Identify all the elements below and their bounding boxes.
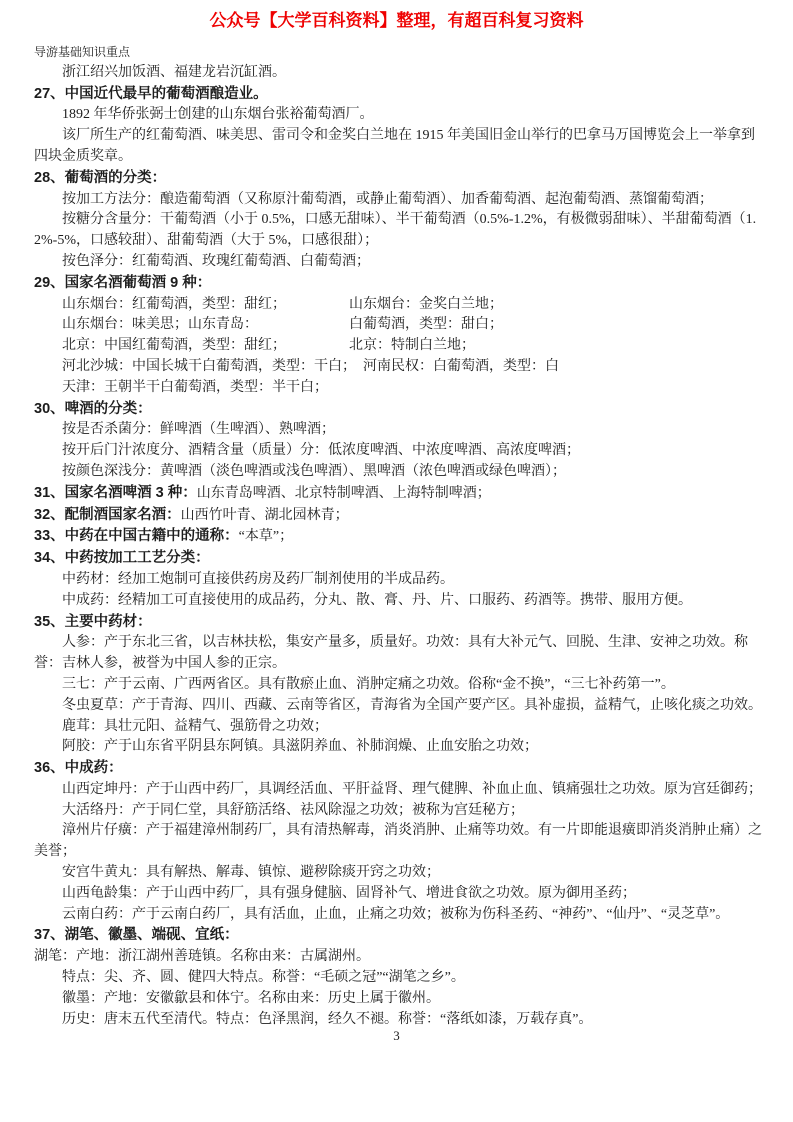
text-line: 阿胶：产于山东省平阴县东阿镇。具滋阴养血、补肺润燥、止血安胎之功效； — [34, 737, 763, 758]
body-text: 鹿茸：具壮元阳、益精气、强筋骨之功效； — [62, 719, 328, 734]
body-text: 中成药：经精加工可直接使用的成品药，分丸、散、膏、丹、片、口服药、药酒等。携带、… — [62, 593, 692, 608]
body-text: 山西竹叶青、湖北园林青； — [181, 508, 349, 523]
text-line: 按加工方法分：酿造葡萄酒（又称原汁葡萄酒，或静止葡萄酒）、加香葡萄酒、起泡葡萄酒… — [34, 190, 763, 211]
body-text: 特点：尖、齐、圆、健四大特点。称誉：“毛硕之冠”“湖笔之乡”。 — [62, 970, 465, 985]
heading-line: 31、国家名酒啤酒 3 种：山东青岛啤酒、北京特制啤酒、上海特制啤酒； — [34, 483, 763, 505]
text-line: 该厂所生产的红葡萄酒、味美思、雷司令和金奖白兰地在 1915 年美国旧金山举行的… — [34, 126, 763, 168]
body-text: 冬虫夏草：产于青海、四川、西藏、云南等省区，青海省为全国产要产区。具补虚损，益精… — [62, 698, 762, 713]
body-text: 该厂所生产的红葡萄酒、味美思、雷司令和金奖白兰地在 1915 年美国旧金山举行的… — [34, 128, 755, 164]
heading-line: 36、中成药： — [34, 758, 763, 780]
body-text: 按糖分含量分：干葡萄酒（小于 0.5%，口感无甜味）、半干葡萄酒（0.5%-1.… — [34, 212, 756, 248]
heading-line: 27、中国近代最早的葡萄酒酿造业。 — [34, 84, 763, 106]
body-text: 安宫牛黄丸：具有解热、解毒、镇惊、避秽除痰开窍之功效； — [62, 865, 440, 880]
body-text: 云南白药：产于云南白药厂，具有活血，止血，止痛之功效；被称为伤科圣药、“神药”、… — [62, 907, 729, 922]
text-line: 河北沙城：中国长城干白葡萄酒，类型：干白； 河南民权：白葡萄酒，类型：白 — [34, 357, 763, 378]
text-line: 徽墨：产地：安徽歙县和体宁。名称由来：历史上属于徽州。 — [34, 989, 763, 1010]
body-text: 山西定坤丹：产于山西中药厂，具调经活血、平肝益肾、理气健脾、补血止血、镇痛强壮之… — [62, 782, 762, 797]
page-number: 3 — [0, 1028, 793, 1044]
body-text: 人参：产于东北三省，以吉林扶松，集安产量多，质量好。功效：具有大补元气、回脱、生… — [34, 635, 748, 671]
body-text: 天津：王朝半干白葡萄酒，类型：半干白； — [62, 380, 328, 395]
bold-text: 35、主要中药材： — [34, 614, 152, 630]
text-line: 山东烟台：红葡萄酒，类型：甜红； 山东烟台：金奖白兰地； — [34, 295, 763, 316]
text-line: 山西定坤丹：产于山西中药厂，具调经活血、平肝益肾、理气健脾、补血止血、镇痛强壮之… — [34, 780, 763, 801]
bold-text: 28、葡萄酒的分类： — [34, 170, 166, 186]
body-text: 历史：唐末五代至清代。特点：色泽黑润，经久不褪。称誉：“落纸如漆，万载存真”。 — [62, 1012, 592, 1027]
bold-text: 27、中国近代最早的葡萄酒酿造业。 — [34, 86, 268, 102]
text-line: 三七：产于云南、广西两省区。具有散瘀止血、消肿定痛之功效。俗称“金不换”，“三七… — [34, 675, 763, 696]
text-line: 云南白药：产于云南白药厂，具有活血，止血，止痛之功效；被称为伤科圣药、“神药”、… — [34, 905, 763, 926]
body-text: 河北沙城：中国长城干白葡萄酒，类型：干白； 河南民权：白葡萄酒，类型：白 — [62, 359, 559, 374]
text-line: 大活络丹：产于同仁堂，具舒筋活络、祛风除湿之功效；被称为宫廷秘方； — [34, 801, 763, 822]
text-line: 北京：中国红葡萄酒，类型：甜红； 北京：特制白兰地； — [34, 336, 763, 357]
text-line: 山东烟台：味美思；山东青岛： 白葡萄酒，类型：甜白； — [34, 315, 763, 336]
bold-text: 30、啤酒的分类： — [34, 401, 152, 417]
bold-text: 29、国家名酒葡萄酒 9 种： — [34, 275, 211, 291]
text-line: 1892 年华侨张弼士创建的山东烟台张裕葡萄酒厂。 — [34, 105, 763, 126]
body-text: 北京：中国红葡萄酒，类型：甜红； 北京：特制白兰地； — [62, 338, 475, 353]
heading-line: 34、中药按加工工艺分类： — [34, 548, 763, 570]
body-text: 山东青岛啤酒、北京特制啤酒、上海特制啤酒； — [197, 486, 491, 501]
body-text: 按颜色深浅分：黄啤酒（淡色啤酒或浅色啤酒）、黑啤酒（浓色啤酒或绿色啤酒）； — [62, 464, 566, 479]
heading-line: 35、主要中药材： — [34, 612, 763, 634]
body-text: 按色泽分：红葡萄酒、玫瑰红葡萄酒、白葡萄酒； — [62, 254, 370, 269]
body-text: 导游基础知识重点 — [34, 45, 130, 59]
text-line: 湖笔：产地：浙江湖州善琏镇。名称由来：古属湖州。 — [34, 947, 763, 968]
text-line: 中药材：经加工炮制可直接供药房及药厂制剂使用的半成品药。 — [34, 570, 763, 591]
text-line: 天津：王朝半干白葡萄酒，类型：半干白； — [34, 378, 763, 399]
text-line: 按糖分含量分：干葡萄酒（小于 0.5%，口感无甜味）、半干葡萄酒（0.5%-1.… — [34, 210, 763, 252]
page-header: 公众号【大学百科资料】整理，有超百科复习资料 — [0, 0, 793, 32]
body-text: 漳州片仔癀：产于福建漳州制药厂，具有清热解毒，消炎消肿、止痛等功效。有一片即能退… — [34, 823, 762, 859]
text-line: 按是否杀菌分：鲜啤酒（生啤酒）、熟啤酒； — [34, 420, 763, 441]
heading-line: 28、葡萄酒的分类： — [34, 168, 763, 190]
body-text: 中药材：经加工炮制可直接供药房及药厂制剂使用的半成品药。 — [62, 572, 454, 587]
body-text: 浙江绍兴加饭酒、福建龙岩沉缸酒。 — [62, 65, 286, 80]
body-text: 山西龟龄集：产于山西中药厂，具有强身健脑、固肾补气、增进食欲之功效。原为御用圣药… — [62, 886, 636, 901]
bold-text: 36、中成药： — [34, 760, 123, 776]
bold-text: 31、国家名酒啤酒 3 种： — [34, 485, 197, 501]
document-body: 导游基础知识重点浙江绍兴加饭酒、福建龙岩沉缸酒。27、中国近代最早的葡萄酒酿造业… — [0, 42, 793, 1030]
body-text: “本草”； — [239, 529, 293, 544]
heading-line: 30、啤酒的分类： — [34, 399, 763, 421]
bold-text: 34、中药按加工工艺分类： — [34, 550, 210, 566]
bold-text: 33、中药在中国古籍中的通称： — [34, 528, 239, 544]
text-line: 安宫牛黄丸：具有解热、解毒、镇惊、避秽除痰开窍之功效； — [34, 863, 763, 884]
text-line: 冬虫夏草：产于青海、四川、西藏、云南等省区，青海省为全国产要产区。具补虚损，益精… — [34, 696, 763, 717]
bold-text: 32、配制酒国家名酒： — [34, 507, 181, 523]
text-line: 按色泽分：红葡萄酒、玫瑰红葡萄酒、白葡萄酒； — [34, 252, 763, 273]
text-line: 人参：产于东北三省，以吉林扶松，集安产量多，质量好。功效：具有大补元气、回脱、生… — [34, 633, 763, 675]
text-line: 漳州片仔癀：产于福建漳州制药厂，具有清热解毒，消炎消肿、止痛等功效。有一片即能退… — [34, 821, 763, 863]
text-line: 中成药：经精加工可直接使用的成品药，分丸、散、膏、丹、片、口服药、药酒等。携带、… — [34, 591, 763, 612]
body-text: 湖笔：产地：浙江湖州善琏镇。名称由来：古属湖州。 — [34, 949, 370, 964]
heading-line: 37、湖笔、徽墨、端砚、宜纸： — [34, 925, 763, 947]
body-text: 山东烟台：味美思；山东青岛： 白葡萄酒，类型：甜白； — [62, 317, 503, 332]
body-text: 三七：产于云南、广西两省区。具有散瘀止血、消肿定痛之功效。俗称“金不换”，“三七… — [62, 677, 675, 692]
document-page: 公众号【大学百科资料】整理，有超百科复习资料 导游基础知识重点浙江绍兴加饭酒、福… — [0, 0, 793, 1122]
heading-line: 32、配制酒国家名酒：山西竹叶青、湖北园林青； — [34, 505, 763, 527]
bold-text: 37、湖笔、徽墨、端砚、宜纸： — [34, 927, 239, 943]
text-line: 按开后门汁浓度分、酒精含量（质量）分：低浓度啤酒、中浓度啤酒、高浓度啤酒； — [34, 441, 763, 462]
body-text: 按开后门汁浓度分、酒精含量（质量）分：低浓度啤酒、中浓度啤酒、高浓度啤酒； — [62, 443, 580, 458]
body-text: 徽墨：产地：安徽歙县和体宁。名称由来：历史上属于徽州。 — [62, 991, 440, 1006]
text-line: 鹿茸：具壮元阳、益精气、强筋骨之功效； — [34, 717, 763, 738]
text-line: 山西龟龄集：产于山西中药厂，具有强身健脑、固肾补气、增进食欲之功效。原为御用圣药… — [34, 884, 763, 905]
text-line: 浙江绍兴加饭酒、福建龙岩沉缸酒。 — [34, 63, 763, 84]
heading-line: 33、中药在中国古籍中的通称：“本草”； — [34, 526, 763, 548]
body-text: 按是否杀菌分：鲜啤酒（生啤酒）、熟啤酒； — [62, 422, 335, 437]
text-line: 按颜色深浅分：黄啤酒（淡色啤酒或浅色啤酒）、黑啤酒（浓色啤酒或绿色啤酒）； — [34, 462, 763, 483]
heading-line: 29、国家名酒葡萄酒 9 种： — [34, 273, 763, 295]
body-text: 阿胶：产于山东省平阴县东阿镇。具滋阴养血、补肺润燥、止血安胎之功效； — [62, 739, 538, 754]
body-text: 1892 年华侨张弼士创建的山东烟台张裕葡萄酒厂。 — [62, 107, 374, 122]
text-line: 导游基础知识重点 — [34, 42, 763, 63]
body-text: 按加工方法分：酿造葡萄酒（又称原汁葡萄酒，或静止葡萄酒）、加香葡萄酒、起泡葡萄酒… — [62, 192, 713, 207]
text-line: 特点：尖、齐、圆、健四大特点。称誉：“毛硕之冠”“湖笔之乡”。 — [34, 968, 763, 989]
body-text: 大活络丹：产于同仁堂，具舒筋活络、祛风除湿之功效；被称为宫廷秘方； — [62, 803, 524, 818]
body-text: 山东烟台：红葡萄酒，类型：甜红； 山东烟台：金奖白兰地； — [62, 297, 503, 312]
